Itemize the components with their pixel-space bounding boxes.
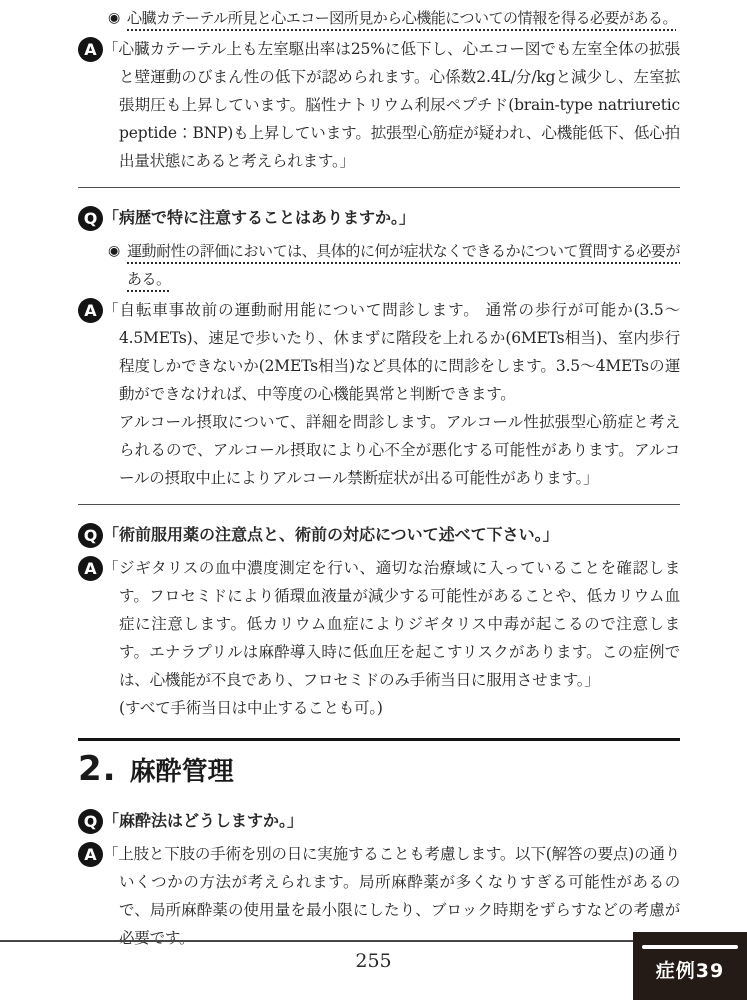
answer-paragraph: 「心臓カテーテル上も左室駆出率は25%に低下し、心エコー図でも左室全体の拡張と壁… [119, 35, 680, 175]
heading-number: 2. [78, 749, 117, 789]
answer-paragraph: アルコール摂取について、詳細を問診します。アルコール性拡張型心筋症と考えられるの… [119, 408, 680, 492]
book-page: ◉ 心臓カテーテル所見と心エコー図所見から心機能についての情報を得る必要がある。… [0, 0, 747, 1000]
page-content: ◉ 心臓カテーテル所見と心エコー図所見から心機能についての情報を得る必要がある。… [0, 0, 747, 952]
answer-text: 「自転車事故前の運動耐用能について問診します。 通常の歩行が可能か(3.5～4.… [103, 296, 680, 492]
question-paragraph: 「術前服用薬の注意点と、術前の対応について述べて下さい。」 [119, 521, 680, 549]
key-point: ◉ 心臓カテーテル所見と心エコー図所見から心機能についての情報を得る必要がある。 [108, 4, 680, 32]
answer-block: A 「上肢と下肢の手術を別の日に実施することも考慮します。以下(解答の要点)の通… [78, 840, 680, 952]
answer-text: 「心臓カテーテル上も左室駆出率は25%に低下し、心エコー図でも左室全体の拡張と壁… [103, 35, 680, 175]
heading-rule [78, 738, 680, 741]
question-block: Q 「病歴で特に注意することはありますか。」 [78, 204, 680, 232]
heading-title: 麻酔管理 [130, 751, 234, 788]
answer-a-icon: A [78, 842, 103, 867]
answer-block: A 「ジギタリスの血中濃度測定を行い、適切な治療域に入っていることを確認します。… [78, 554, 680, 722]
key-point: ◉ 運動耐性の評価においては、具体的に何が症状なくできるかについて質問する必要が… [108, 237, 680, 293]
section-separator [78, 187, 680, 188]
fisheye-bullet-icon: ◉ [108, 237, 127, 265]
qa-section-preop-medication: Q 「術前服用薬の注意点と、術前の対応について述べて下さい。」 A 「ジギタリス… [78, 521, 680, 722]
answer-a-icon: A [78, 37, 103, 62]
section-separator [78, 504, 680, 505]
footer-rule [0, 940, 633, 942]
question-paragraph: 「麻酔法はどうしますか。」 [119, 807, 680, 835]
case-badge-bar [642, 945, 738, 949]
case-badge-label: 症例39 [633, 956, 747, 983]
fisheye-bullet-icon: ◉ [108, 4, 127, 32]
question-block: Q 「麻酔法はどうしますか。」 [78, 807, 680, 835]
question-q-icon: Q [78, 523, 103, 548]
answer-block: A 「自転車事故前の運動耐用能について問診します。 通常の歩行が可能か(3.5～… [78, 296, 680, 492]
answer-paragraph: 「ジギタリスの血中濃度測定を行い、適切な治療域に入っていることを確認します。フロ… [119, 554, 680, 694]
question-q-icon: Q [78, 206, 103, 231]
answer-paragraph: 「自転車事故前の運動耐用能について問診します。 通常の歩行が可能か(3.5～4.… [119, 296, 680, 408]
question-text: 「麻酔法はどうしますか。」 [103, 807, 680, 835]
qa-section-cardiac-function: ◉ 心臓カテーテル所見と心エコー図所見から心機能についての情報を得る必要がある。… [78, 4, 680, 175]
question-q-icon: Q [78, 809, 103, 834]
answer-a-icon: A [78, 298, 103, 323]
qa-section-anesthesia-method: Q 「麻酔法はどうしますか。」 A 「上肢と下肢の手術を別の日に実施することも考… [78, 807, 680, 952]
question-text: 「術前服用薬の注意点と、術前の対応について述べて下さい。」 [103, 521, 680, 549]
question-text: 「病歴で特に注意することはありますか。」 [103, 204, 680, 232]
answer-block: A 「心臓カテーテル上も左室駆出率は25%に低下し、心エコー図でも左室全体の拡張… [78, 35, 680, 175]
answer-a-icon: A [78, 556, 103, 581]
answer-note-paragraph: (すべて手術当日は中止することも可。) [119, 694, 680, 722]
qa-section-history: Q 「病歴で特に注意することはありますか。」 ◉ 運動耐性の評価においては、具体… [78, 204, 680, 492]
section-heading: 2. 麻酔管理 [78, 749, 680, 789]
key-point-text: 運動耐性の評価においては、具体的に何が症状なくできるかについて質問する必要がある… [127, 237, 680, 293]
case-badge: 症例39 [633, 932, 747, 1000]
question-paragraph: 「病歴で特に注意することはありますか。」 [119, 204, 680, 232]
answer-text: 「上肢と下肢の手術を別の日に実施することも考慮します。以下(解答の要点)の通りい… [103, 840, 680, 952]
key-point-text: 心臓カテーテル所見と心エコー図所見から心機能についての情報を得る必要がある。 [127, 4, 680, 32]
answer-text: 「ジギタリスの血中濃度測定を行い、適切な治療域に入っていることを確認します。フロ… [103, 554, 680, 722]
question-block: Q 「術前服用薬の注意点と、術前の対応について述べて下さい。」 [78, 521, 680, 549]
answer-paragraph: 「上肢と下肢の手術を別の日に実施することも考慮します。以下(解答の要点)の通りい… [119, 840, 680, 952]
